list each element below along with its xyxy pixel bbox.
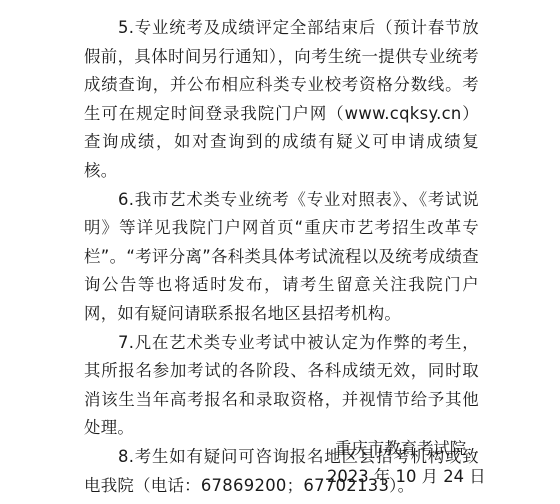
paragraph-7: 7.凡在艺术类专业考试中被认定为作弊的考生，其所报名参加考试的各阶段、各科成绩无… xyxy=(84,329,479,443)
paragraph-6-text: 6.我市艺术类专业统考《专业对照表》、《考试说明》等详见我院门户网首页“重庆市艺… xyxy=(84,190,479,323)
paragraph-5-text: 5.专业统考及成绩评定全部结束后（预计春节放假前，具体时间另行通知），向考生统一… xyxy=(84,18,479,180)
paragraph-7-text: 7.凡在艺术类专业考试中被认定为作弊的考生，其所报名参加考试的各阶段、各科成绩无… xyxy=(84,333,479,438)
issuing-organization: 重庆市教育考试院 xyxy=(327,435,486,463)
issue-date: 2023 年 10 月 24 日 xyxy=(327,463,486,491)
notice-body: 5.专业统考及成绩评定全部结束后（预计春节放假前，具体时间另行通知），向考生统一… xyxy=(84,14,479,500)
paragraph-5: 5.专业统考及成绩评定全部结束后（预计春节放假前，具体时间另行通知），向考生统一… xyxy=(84,14,479,186)
signature-block: 重庆市教育考试院 2023 年 10 月 24 日 xyxy=(327,435,486,491)
paragraph-6: 6.我市艺术类专业统考《专业对照表》、《考试说明》等详见我院门户网首页“重庆市艺… xyxy=(84,186,479,329)
